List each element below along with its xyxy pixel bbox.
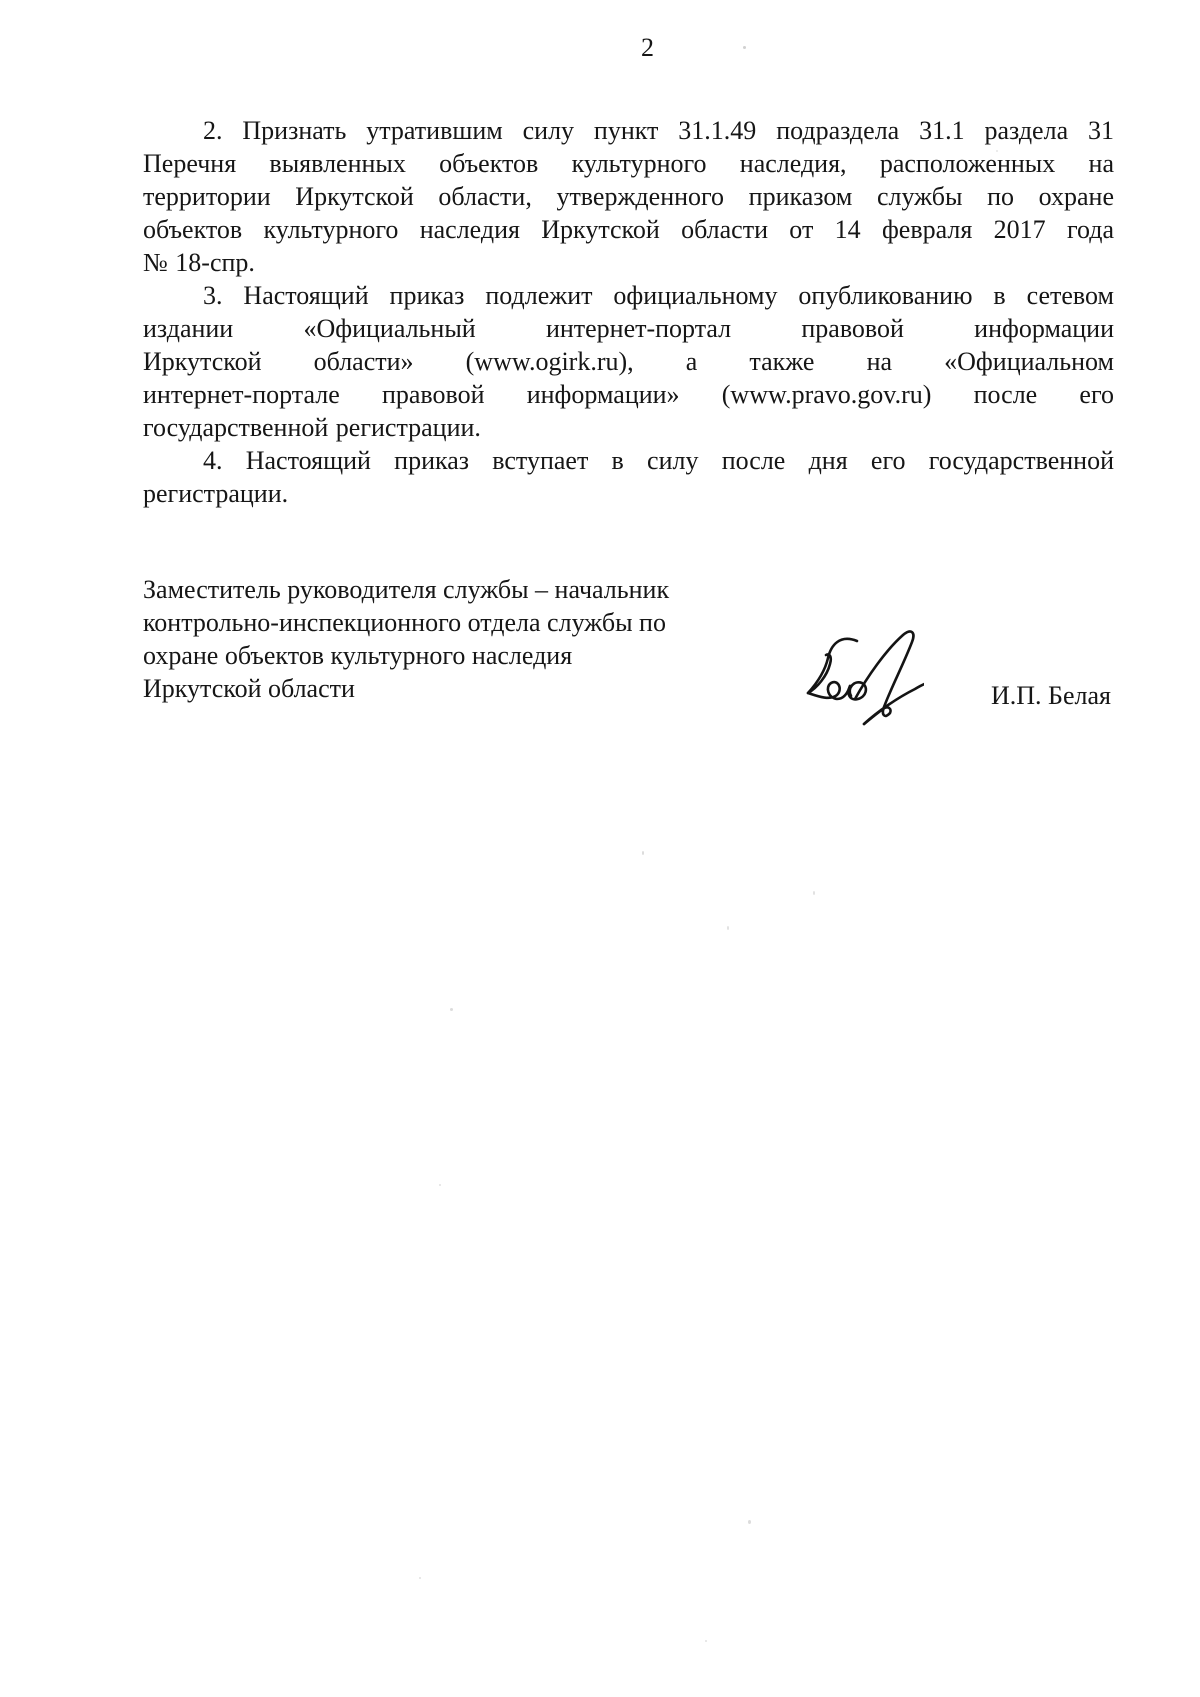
scanned-document-page: 2 2. Признать утратившим силу пункт 31.1… [0, 0, 1200, 1697]
text-line: Иркутской области [143, 672, 783, 705]
signatory-name: И.П. Белая [991, 679, 1111, 712]
scan-speck [727, 926, 729, 930]
text-line: № 18-спр. [143, 246, 1114, 279]
page-number: 2 [143, 31, 1114, 64]
paragraph-item-2: 2. Признать утратившим силу пункт 31.1.4… [143, 114, 1114, 279]
text-line: 3. Настоящий приказ подлежит официальном… [143, 279, 1114, 312]
text-line: Иркутской области» (www.ogirk.ru), а так… [143, 345, 1114, 378]
signatory-position-title: Заместитель руководителя службы – началь… [143, 573, 783, 705]
scan-speck [748, 1520, 751, 1524]
scan-speck [813, 891, 815, 895]
text-line: охране объектов культурного наследия [143, 639, 783, 672]
scan-speck [996, 150, 998, 152]
text-line: 2. Признать утратившим силу пункт 31.1.4… [143, 114, 1114, 147]
paragraph-item-4: 4. Настоящий приказ вступает в силу посл… [143, 444, 1114, 510]
scan-speck [705, 1640, 707, 1642]
text-line: регистрации. [143, 477, 1114, 510]
text-line: 4. Настоящий приказ вступает в силу посл… [143, 444, 1114, 477]
text-line: интернет-портале правовой информации» (w… [143, 378, 1114, 411]
scan-speck [439, 1184, 441, 1186]
scan-speck [419, 1577, 421, 1579]
text-line: Заместитель руководителя службы – началь… [143, 573, 783, 606]
text-line: контрольно-инспекционного отдела службы … [143, 606, 783, 639]
document-body: 2. Признать утратившим силу пункт 31.1.4… [143, 114, 1114, 510]
text-line: Перечня выявленных объектов культурного … [143, 147, 1114, 180]
text-line: издании «Официальный интернет-портал пра… [143, 312, 1114, 345]
scan-speck [642, 851, 644, 855]
text-line: государственной регистрации. [143, 411, 1114, 444]
scan-speck [1107, 134, 1109, 136]
scan-speck [743, 46, 746, 49]
text-line: территории Иркутской области, утвержденн… [143, 180, 1114, 213]
paragraph-item-3: 3. Настоящий приказ подлежит официальном… [143, 279, 1114, 444]
scan-speck [450, 1008, 453, 1011]
text-line: объектов культурного наследия Иркутской … [143, 213, 1114, 246]
handwritten-signature-icon [784, 622, 924, 728]
